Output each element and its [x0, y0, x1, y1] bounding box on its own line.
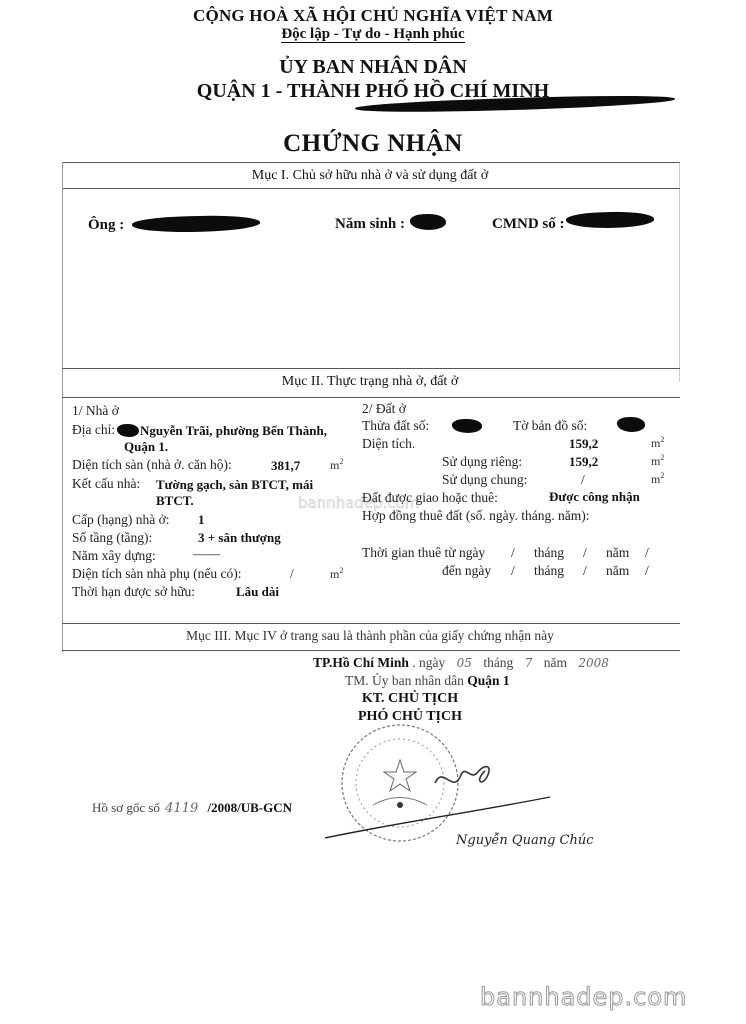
divider — [62, 368, 680, 369]
owner-redacted — [132, 214, 260, 234]
birth-year-label: Năm sinh : — [335, 216, 405, 233]
frame-right — [679, 162, 680, 382]
page-title: CHỨNG NHẬN — [0, 130, 746, 158]
lease-from-label: Thời gian thuê từ ngày — [362, 545, 485, 561]
lease-to-month-label: tháng — [534, 563, 564, 579]
allocation-label: Đất được giao hoặc thuê: — [362, 490, 498, 506]
address-number-redacted — [117, 424, 139, 438]
record-number: Hồ sơ gốc số 4119 /2008/UB-GCN — [92, 800, 292, 816]
lease-contract-label: Hợp đồng thuê đất (số. ngày. tháng. năm)… — [362, 508, 589, 524]
divider — [62, 650, 680, 651]
birth-year-redacted — [410, 213, 447, 230]
lease-to-year-label: năm — [606, 563, 629, 579]
map-sheet-redacted — [617, 417, 646, 433]
land-area-label: Diện tích. — [362, 436, 415, 452]
frame-left — [62, 162, 63, 652]
map-sheet-label: Tờ bản đồ số: — [513, 418, 587, 434]
year-built-label: Năm xây dựng: — [72, 548, 156, 564]
land-area-unit: m2 — [651, 435, 664, 451]
land-heading: 2/ Đất ở — [362, 401, 406, 417]
lease-from-day: / — [511, 545, 515, 561]
aux-area-label: Diện tích sàn nhà phụ (nếu có): — [72, 566, 241, 582]
ownership-term-value: Lâu dài — [236, 584, 279, 600]
divider — [62, 188, 680, 189]
floor-area-value: 381,7 — [271, 458, 300, 474]
structure-label: Kết cấu nhà: — [72, 476, 140, 492]
section2-heading: Mục II. Thực trạng nhà ở, đất ở — [60, 374, 680, 390]
republic-header: CỘNG HOÀ XÃ HỘI CHỦ NGHĨA VIỆT NAM — [0, 6, 746, 26]
section1-heading: Mục I. Chủ sở hữu nhà ở và sử dụng đất ở — [60, 168, 680, 184]
on-behalf-line: TM. Ủy ban nhân dân Quận 1 — [345, 673, 510, 689]
lease-from-year-label: năm — [606, 545, 629, 561]
divider — [62, 397, 680, 398]
signature-date: TP.Hồ Chí Minh . ngày 05 tháng 7 năm 200… — [313, 655, 609, 671]
floor-area-label: Diện tích sàn (nhà ở. căn hộ): — [72, 457, 232, 473]
owner-label: Ông : — [88, 217, 124, 234]
grade-label: Cấp (hạng) nhà ở: — [72, 512, 170, 528]
grade-value: 1 — [198, 512, 205, 528]
divider — [62, 623, 680, 624]
lease-to-label: đến ngày — [442, 563, 491, 579]
aux-area-value: / — [290, 566, 294, 582]
shared-use-unit: m2 — [651, 471, 664, 487]
private-use-label: Sử dụng riêng: — [442, 454, 522, 470]
ownership-term-label: Thời hạn được sở hữu: — [72, 584, 195, 600]
aux-area-unit: m2 — [330, 566, 343, 582]
parcel-redacted — [452, 418, 482, 433]
lease-to-day: / — [511, 563, 515, 579]
land-area-value: 159,2 — [569, 436, 598, 452]
structure-line1: Tường gạch, sàn BTCT, mái — [156, 477, 313, 493]
shared-use-value: / — [581, 472, 585, 488]
private-use-unit: m2 — [651, 453, 664, 469]
lease-from-year: / — [645, 545, 649, 561]
lease-to-month: / — [583, 563, 587, 579]
floors-label: Số tầng (tầng): — [72, 530, 152, 546]
address-label: Địa chỉ: — [72, 422, 115, 438]
motto: Độc lập - Tự do - Hạnh phúc — [0, 26, 746, 43]
committee-header: ỦY BAN NHÂN DÂN — [0, 56, 746, 79]
house-heading: 1/ Nhà ở — [72, 403, 119, 419]
site-watermark: bannhadep.com — [480, 983, 687, 1011]
lease-from-month: / — [583, 545, 587, 561]
id-redacted — [566, 210, 655, 229]
structure-line2: BTCT. — [156, 493, 194, 509]
floors-value: 3 + sân thượng — [198, 530, 281, 546]
private-use-value: 159,2 — [569, 454, 598, 470]
section3-note: Mục III. Mục IV ở trang sau là thành phầ… — [60, 628, 680, 644]
allocation-value: Được công nhận — [549, 489, 640, 505]
year-built-value: —— — [193, 546, 220, 562]
signer-name: Nguyễn Quang Chúc — [456, 833, 594, 848]
lease-to-year: / — [645, 563, 649, 579]
parcel-label: Thửa đất số: — [362, 418, 429, 434]
address-line2: Quận 1. — [124, 439, 168, 455]
address-line1: Nguyễn Trãi, phường Bến Thành, — [140, 423, 327, 439]
official-seal-icon — [325, 705, 555, 845]
floor-area-unit: m2 — [330, 457, 343, 473]
lease-from-month-label: tháng — [534, 545, 564, 561]
shared-use-label: Sử dụng chung: — [442, 472, 527, 488]
divider — [62, 162, 680, 163]
id-label: CMND số : — [492, 216, 565, 233]
